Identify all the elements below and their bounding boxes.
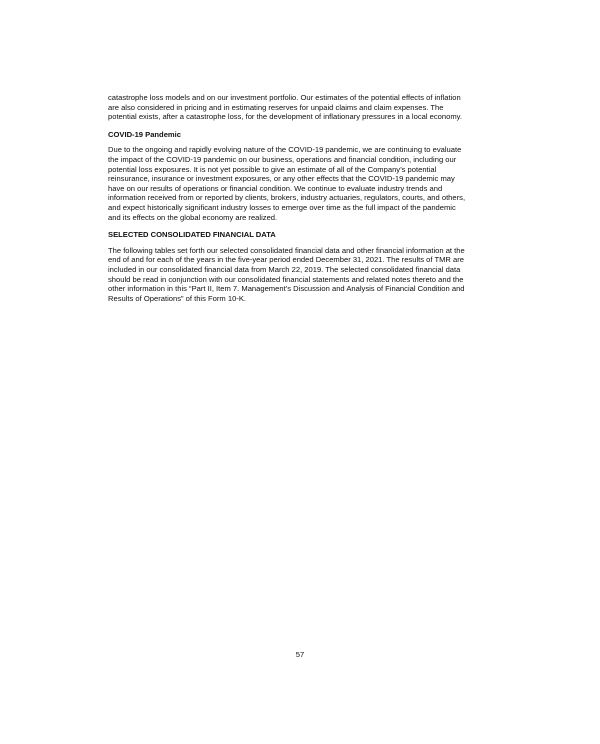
text-line: are also considered in pricing and in es… [108, 103, 488, 113]
intro-paragraph: catastrophe loss models and on our inves… [108, 93, 488, 122]
text-line: reinsurance, insurance or investment exp… [108, 174, 488, 184]
text-line: Due to the ongoing and rapidly evolving … [108, 145, 488, 155]
text-line: other information in this “Part II, Item… [108, 284, 488, 294]
covid-paragraph: Due to the ongoing and rapidly evolving … [108, 145, 488, 222]
text-line: information received from or reported by… [108, 193, 488, 203]
text-line: potential exists, after a catastrophe lo… [108, 112, 488, 122]
text-line: should be read in conjunction with our c… [108, 275, 488, 285]
text-line: included in our consolidated financial d… [108, 265, 488, 275]
text-line: catastrophe loss models and on our inves… [108, 93, 488, 103]
text-line: have on our results of operations or fin… [108, 184, 488, 194]
page-number: 57 [0, 650, 600, 659]
text-line: Results of Operations” of this Form 10-K… [108, 294, 488, 304]
text-line: potential loss exposures. It is not yet … [108, 165, 488, 175]
text-line: and expect historically significant indu… [108, 203, 488, 213]
document-page: catastrophe loss models and on our inves… [108, 93, 488, 311]
text-line: The following tables set forth our selec… [108, 246, 488, 256]
covid-heading: COVID-19 Pandemic [108, 130, 488, 140]
text-line: the impact of the COVID-19 pandemic on o… [108, 155, 488, 165]
selected-financial-data-heading: SELECTED CONSOLIDATED FINANCIAL DATA [108, 230, 488, 240]
text-line: and its effects on the global economy ar… [108, 213, 488, 223]
selected-financial-data-paragraph: The following tables set forth our selec… [108, 246, 488, 304]
text-line: end of and for each of the years in the … [108, 255, 488, 265]
